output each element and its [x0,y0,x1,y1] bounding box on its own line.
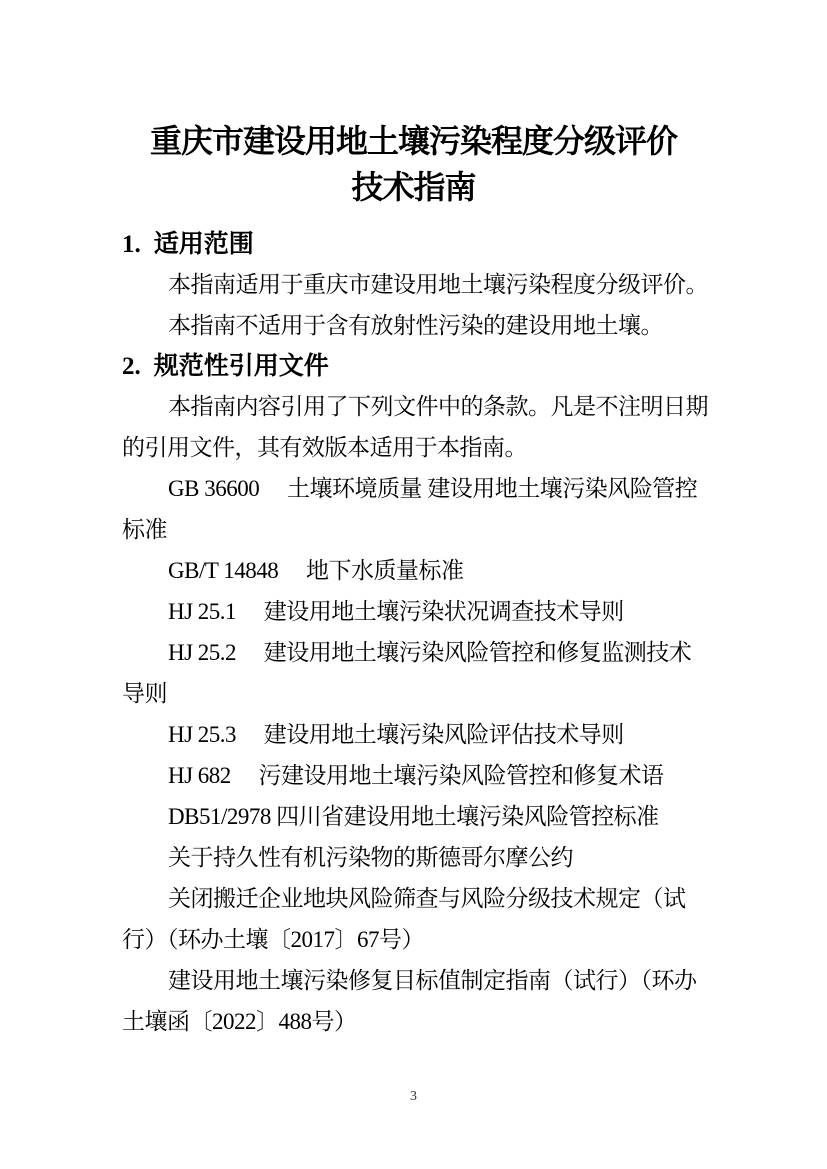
reference-line: GB 36600 土壤环境质量 建设用地土壤污染风险管控 [122,468,705,509]
title-line-1: 重庆市建设用地土壤污染程度分级评价 [122,118,705,164]
section-1-title: 适用范围 [154,230,254,258]
reference-line: 关于持久性有机污染物的斯德哥尔摩公约 [122,837,705,878]
section-1-text-line: 本指南不适用于含有放射性污染的建设用地土壤。 [122,305,705,346]
section-2-text-line: 的引用文件，其有效版本适用于本指南。 [122,427,705,468]
section-1-number: 1. [122,231,141,258]
reference-line: 导则 [122,673,705,714]
reference-line: HJ 682 污建设用地土壤污染风险管控和修复术语 [122,755,705,796]
reference-line: HJ 25.3 建设用地土壤污染风险评估技术导则 [122,714,705,755]
reference-line: 关闭搬迁企业地块风险筛查与风险分级技术规定（试 [122,878,705,919]
reference-line: 行）（环办土壤〔2017〕67号） [122,919,705,960]
section-1-text-line: 本指南适用于重庆市建设用地土壤污染程度分级评价。 [122,264,705,305]
section-2-number: 2. [122,353,141,380]
reference-line: DB51/2978 四川省建设用地土壤污染风险管控标准 [122,796,705,837]
page-number: 3 [0,1089,827,1105]
section-2-title: 规范性引用文件 [154,352,329,380]
reference-line: 标准 [122,509,705,550]
document-title: 重庆市建设用地土壤污染程度分级评价 技术指南 [122,118,705,210]
section-2-text-line: 本指南内容引用了下列文件中的条款。凡是不注明日期 [122,386,705,427]
section-1-heading: 1.适用范围 [122,224,705,264]
document-page: 重庆市建设用地土壤污染程度分级评价 技术指南 1.适用范围 本指南适用于重庆市建… [0,0,827,1169]
section-2-heading: 2.规范性引用文件 [122,346,705,386]
reference-line: HJ 25.2 建设用地土壤污染风险管控和修复监测技术 [122,632,705,673]
reference-line: 建设用地土壤污染修复目标值制定指南（试行）（环办 [122,960,705,1001]
reference-line: GB/T 14848 地下水质量标准 [122,550,705,591]
reference-line: HJ 25.1 建设用地土壤污染状况调查技术导则 [122,591,705,632]
reference-line: 土壤函〔2022〕488号） [122,1001,705,1042]
title-line-2: 技术指南 [122,164,705,210]
